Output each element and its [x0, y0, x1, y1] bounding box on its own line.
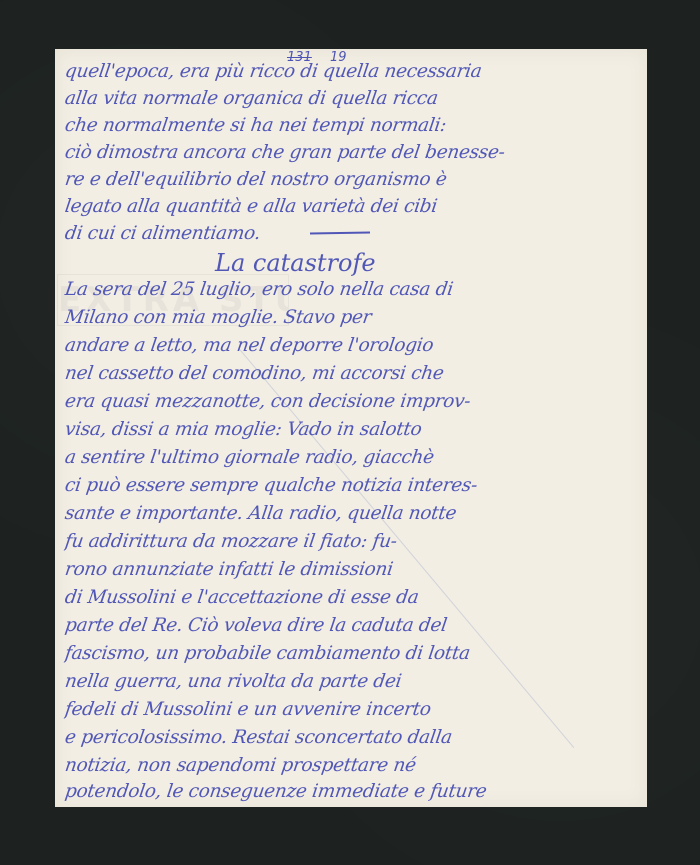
text-line: che normalmente si ha nei tempi normali: [63, 113, 643, 139]
text-line: legato alla quantità e alla varietà dei … [63, 194, 643, 220]
text-line: di cui ci alimentiamo. [63, 221, 643, 247]
letter-page: EXTRA STUDIO 131 19 quell'epoca, era più… [55, 49, 647, 807]
text-line: ciò dimostra ancora che gran parte del b… [63, 140, 643, 166]
text-line: andare a letto, ma nel deporre l'orologi… [63, 333, 643, 359]
text-line: a sentire l'ultimo giornale radio, giacc… [63, 445, 643, 471]
text-line: Milano con mia moglie. Stavo per [63, 305, 643, 331]
text-line: e pericolosissimo. Restai sconcertato da… [63, 725, 643, 751]
section-title: La catastrofe [215, 249, 376, 277]
text-line: ci può essere sempre qualche notizia int… [63, 473, 643, 499]
text-line: di Mussolini e l'accettazione di esse da [63, 585, 643, 611]
text-line: La sera del 25 luglio, ero solo nella ca… [63, 277, 643, 303]
text-line: potendolo, le conseguenze immediate e fu… [63, 779, 643, 805]
text-line: notizia, non sapendomi prospettare né [63, 753, 643, 779]
text-line: fu addirittura da mozzare il fiato: fu- [63, 529, 643, 555]
text-line: nella guerra, una rivolta da parte dei [63, 669, 643, 695]
text-line: alla vita normale organica di quella ric… [63, 86, 643, 112]
text-line: quell'epoca, era più ricco di quella nec… [63, 59, 643, 85]
text-line: nel cassetto del comodino, mi accorsi ch… [63, 361, 643, 387]
text-line: rono annunziate infatti le dimissioni [63, 557, 643, 583]
text-line: fedeli di Mussolini e un avvenire incert… [63, 697, 643, 723]
text-line: parte del Re. Ciò voleva dire la caduta … [63, 613, 643, 639]
text-line: era quasi mezzanotte, con decisione impr… [63, 389, 643, 415]
text-line: sante e importante. Alla radio, quella n… [63, 501, 643, 527]
text-line: re e dell'equilibrio del nostro organism… [63, 167, 643, 193]
text-line: fascismo, un probabile cambiamento di lo… [63, 641, 643, 667]
text-line: visa, dissi a mia moglie: Vado in salott… [63, 417, 643, 443]
